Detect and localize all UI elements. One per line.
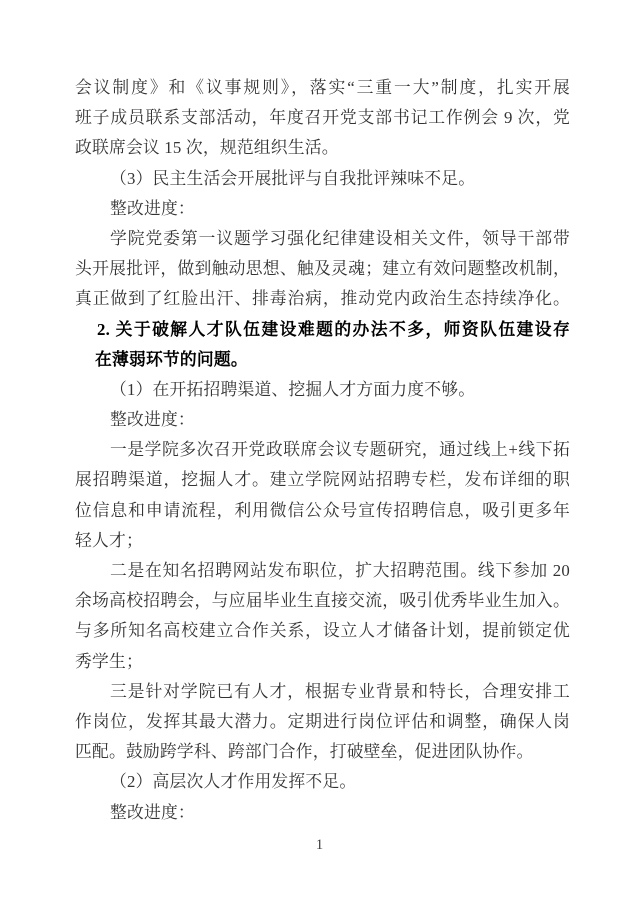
text-line: 学院党委第一议题学习强化纪律建设相关文件，领导干部带 xyxy=(75,224,570,254)
text-line: 作岗位，发挥其最大潜力。定期进行岗位评估和调整，确保人岗 xyxy=(75,707,570,737)
text-line: 三是针对学院已有人才，根据专业背景和特长，合理安排工 xyxy=(75,677,570,707)
text-line: 秀学生； xyxy=(75,647,570,677)
text-line: 与多所知名高校建立合作关系，设立人才储备计划，提前锁定优 xyxy=(75,616,570,646)
text-line: 匹配。鼓励跨学科、跨部门合作，打破壁垒，促进团队协作。 xyxy=(75,737,570,767)
text-line: 余场高校招聘会，与应届毕业生直接交流，吸引优秀毕业生加入。 xyxy=(75,586,570,616)
text-line: 班子成员联系支部活动，年度召开党支部书记工作例会 9 次，党 xyxy=(75,103,570,133)
text-line: （2）高层次人才作用发挥不足。 xyxy=(75,767,570,797)
text-line: 二是在知名招聘网站发布职位，扩大招聘范围。线下参加 20 xyxy=(75,556,570,586)
text-line: 整改进度： xyxy=(75,405,570,435)
text-line: 整改进度： xyxy=(75,798,570,828)
text-line: 一是学院多次召开党政联席会议专题研究，通过线上+线下拓 xyxy=(75,435,570,465)
document-body: 会议制度》和《议事规则》，落实“三重一大”制度，扎实开展班子成员联系支部活动，年… xyxy=(75,73,570,828)
text-line: 位信息和申请流程，利用微信公众号宣传招聘信息，吸引更多年 xyxy=(75,496,570,526)
text-line: 政联席会议 15 次，规范组织生活。 xyxy=(75,133,570,163)
text-line: 头开展批评，做到触动思想、触及灵魂；建立有效问题整改机制， xyxy=(75,254,570,284)
heading-line: 在薄弱环节的问题。 xyxy=(75,345,570,375)
document-page: 会议制度》和《议事规则》，落实“三重一大”制度，扎实开展班子成员联系支部活动，年… xyxy=(0,0,639,905)
heading-line: 2. 关于破解人才队伍建设难题的办法不多，师资队伍建设存 xyxy=(75,315,570,345)
text-line: 会议制度》和《议事规则》，落实“三重一大”制度，扎实开展 xyxy=(75,73,570,103)
text-line: 真正做到了红脸出汗、排毒治病，推动党内政治生态持续净化。 xyxy=(75,284,570,314)
text-line: （3）民主生活会开展批评与自我批评辣味不足。 xyxy=(75,164,570,194)
text-line: 轻人才； xyxy=(75,526,570,556)
text-line: 整改进度： xyxy=(75,194,570,224)
text-line: （1）在开拓招聘渠道、挖掘人才方面力度不够。 xyxy=(75,375,570,405)
text-line: 展招聘渠道，挖掘人才。建立学院网站招聘专栏，发布详细的职 xyxy=(75,465,570,495)
page-number: 1 xyxy=(0,835,639,855)
